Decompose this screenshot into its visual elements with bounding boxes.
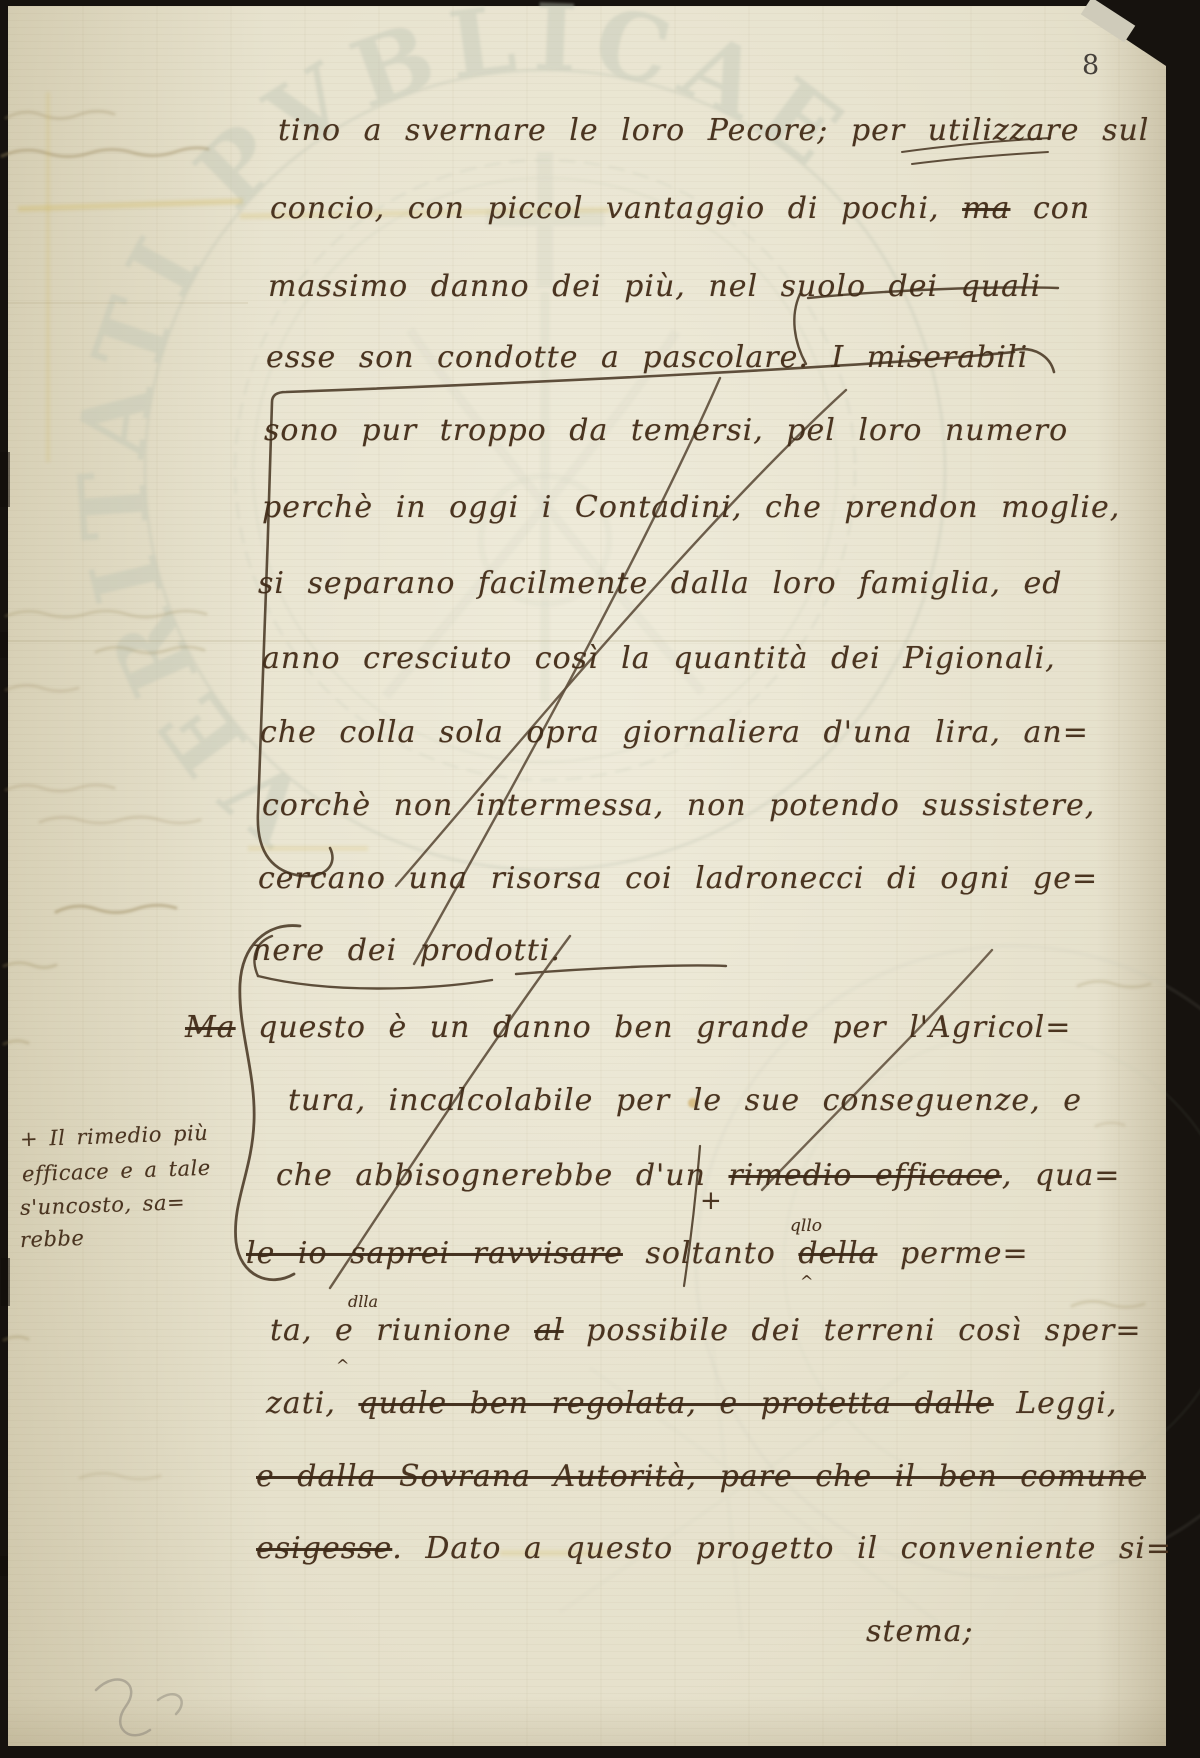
manuscript-line: perchè in oggi i Contadini, che prendon …: [262, 490, 1120, 525]
manuscript-line: che abbisognerebbe d'un rimedio efficace…: [276, 1158, 1120, 1193]
struck-text: al: [534, 1313, 563, 1348]
struck-text: e dalla Sovrana Autorità, pare che il be…: [256, 1459, 1146, 1494]
manuscript-line: ta, e riunione al possibile dei terreni …: [270, 1313, 1142, 1348]
struck-text: esigesse: [256, 1531, 392, 1566]
manuscript-line: e dalla Sovrana Autorità, pare che il be…: [256, 1459, 1146, 1494]
text-segment: zati,: [266, 1386, 358, 1421]
manuscript-line: tino a svernare le loro Pecore; per util…: [278, 113, 1149, 148]
manuscript-line: che colla sola opra giornaliera d'una li…: [260, 715, 1089, 750]
text-segment: tino a svernare le loro Pecore; per util…: [278, 113, 1149, 148]
text-segment: ta, e riunione: [270, 1313, 534, 1348]
text-segment: stema;: [866, 1614, 974, 1649]
text-segment: possibile dei terreni così sper=: [564, 1313, 1142, 1348]
caret-mark: ^: [336, 1356, 349, 1375]
text-segment: perme=: [877, 1236, 1028, 1271]
manuscript-line: Ma questo è un danno ben grande per l'Ag…: [185, 1010, 1071, 1045]
margin-note-line: efficace e a tale: [22, 1156, 211, 1187]
margin-note: + Il rimedio più: [20, 1121, 209, 1152]
text-segment: nere dei prodotti.: [252, 933, 561, 968]
struck-text: rimedio efficace: [728, 1158, 1001, 1193]
manuscript-line: si separano facilmente dalla loro famigl…: [258, 566, 1062, 601]
struck-text: Ma: [185, 1010, 236, 1045]
text-segment: con: [1010, 191, 1090, 226]
text-segment: che colla sola opra giornaliera d'una li…: [260, 715, 1089, 750]
page-number: 8: [1082, 50, 1099, 81]
manuscript-line: nere dei prodotti.: [252, 933, 561, 968]
text-segment: I miserabili: [831, 340, 1028, 375]
manuscript-line: zati, quale ben regolata, e protetta dal…: [266, 1386, 1117, 1421]
insertion-mark-plus: +: [20, 1127, 39, 1152]
text-segment: soltanto: [623, 1236, 799, 1271]
text-segment: anno cresciuto così la quantità dei Pigi…: [262, 641, 1056, 676]
text-segment: esse son condotte a pascolare.: [266, 340, 831, 375]
manuscript-text: 8 tino a svernare le loro Pecore; per ut…: [0, 0, 1200, 1758]
manuscript-line: corchè non intermessa, non potendo sussi…: [262, 788, 1095, 823]
text-segment: tura, incalcolabile per le sue conseguen…: [288, 1083, 1082, 1118]
manuscript-line: tura, incalcolabile per le sue conseguen…: [288, 1083, 1082, 1118]
manuscript-line: esse son condotte a pascolare. I miserab…: [266, 340, 1028, 375]
text-segment: , qua=: [1002, 1158, 1121, 1193]
text-segment: si separano facilmente dalla loro famigl…: [258, 566, 1062, 601]
caret-mark: ^: [800, 1272, 813, 1291]
text-segment: cercano una risorsa coi ladronecci di og…: [258, 861, 1098, 896]
text-segment: sono pur troppo da temersi, pel loro num…: [264, 413, 1068, 448]
text-segment: massimo danno dei più, nel suolo dei qua…: [268, 269, 1041, 304]
text-segment: Leggi,: [994, 1386, 1118, 1421]
margin-note-line: rebbe: [20, 1226, 85, 1252]
text-segment: corchè non intermessa, non potendo sussi…: [262, 788, 1095, 823]
margin-note-line: Il rimedio più: [49, 1121, 209, 1151]
struck-text: della: [798, 1236, 877, 1271]
text-segment: . Dato a questo progetto il conveniente …: [392, 1531, 1172, 1566]
manuscript-line: le io saprei ravvisare soltanto della pe…: [246, 1236, 1029, 1271]
margin-note-line: s'uncosto, sa=: [20, 1190, 186, 1220]
superscript-abbreviation: dlla: [348, 1292, 378, 1311]
text-segment: concio, con piccol vantaggio di pochi,: [270, 191, 962, 226]
manuscript-line: esigesse. Dato a questo progetto il conv…: [256, 1531, 1172, 1566]
manuscript-line: stema;: [866, 1614, 974, 1649]
insertion-mark-plus: +: [700, 1186, 722, 1216]
manuscript-line: sono pur troppo da temersi, pel loro num…: [264, 413, 1068, 448]
text-segment: che abbisognerebbe d'un: [276, 1158, 728, 1193]
text-segment: perchè in oggi i Contadini, che prendon …: [262, 490, 1120, 525]
manuscript-line: cercano una risorsa coi ladronecci di og…: [258, 861, 1098, 896]
margin-note-line: s'uncosto, sa=: [20, 1190, 186, 1220]
manuscript-line: massimo danno dei più, nel suolo dei qua…: [268, 269, 1041, 304]
manuscript-page: VERITATI PVBLICAE: [0, 0, 1200, 1758]
manuscript-line: concio, con piccol vantaggio di pochi, m…: [270, 191, 1090, 226]
struck-text: le io saprei ravvisare: [246, 1236, 623, 1271]
manuscript-line: anno cresciuto così la quantità dei Pigi…: [262, 641, 1056, 676]
struck-text: quale ben regolata, e protetta dalle: [358, 1386, 993, 1421]
text-segment: questo è un danno ben grande per l'Agric…: [236, 1010, 1072, 1045]
margin-note-line: efficace e a tale: [22, 1156, 211, 1187]
superscript-abbreviation: qllo: [790, 1216, 822, 1236]
struck-text: ma: [962, 191, 1010, 226]
margin-note-line: rebbe: [20, 1226, 85, 1252]
